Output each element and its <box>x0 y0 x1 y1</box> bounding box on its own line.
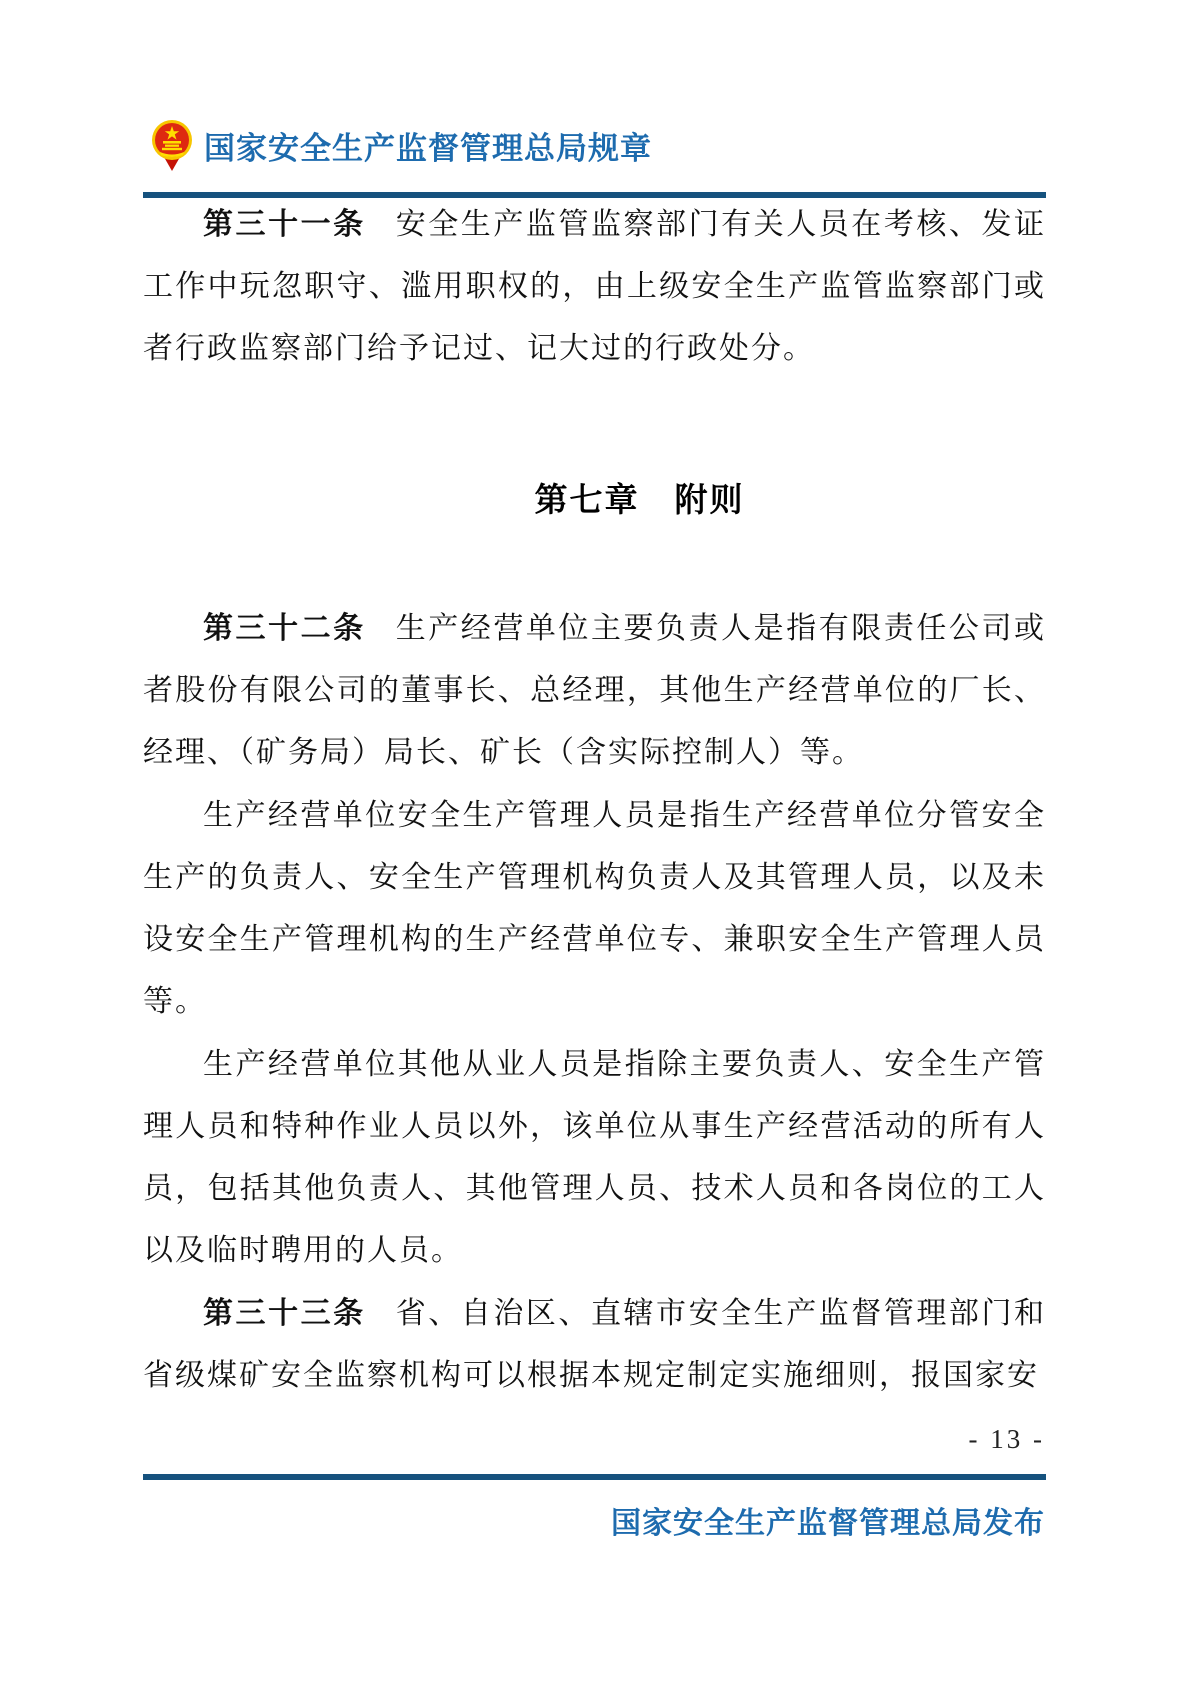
article-32-paragraph: 第三十二条生产经营单位主要负责人是指有限责任公司或者股份有限公司的董事长、总经理… <box>143 598 1046 784</box>
paragraph-other-staff: 生产经营单位其他从业人员是指除主要负责人、安全生产管理人员和特种作业人员以外，该… <box>143 1034 1046 1282</box>
page-number: - 13 - <box>969 1424 1045 1455</box>
article-31-number: 第三十一条 <box>203 208 366 241</box>
document-class-title: 国家安全生产监督管理总局规章 <box>204 123 652 168</box>
footer-rule <box>143 1474 1046 1480</box>
document-page: 国家安全生产监督管理总局规章 第三十一条安全生产监管监察部门有关人员在考核、发证… <box>0 0 1190 1683</box>
china-national-emblem-icon <box>150 119 194 171</box>
chapter-heading: 第七章 附则 <box>188 480 1091 520</box>
page-header: 国家安全生产监督管理总局规章 <box>150 116 652 174</box>
article-31-paragraph: 第三十一条安全生产监管监察部门有关人员在考核、发证工作中玩忽职守、滥用职权的，由… <box>143 194 1046 380</box>
article-33-paragraph: 第三十三条省、自治区、直辖市安全生产监督管理部门和省级煤矿安全监察机构可以根据本… <box>143 1283 1046 1407</box>
paragraph-safety-managers: 生产经营单位安全生产管理人员是指生产经营单位分管安全生产的负责人、安全生产管理机… <box>143 785 1046 1033</box>
article-33-number: 第三十三条 <box>203 1297 366 1330</box>
publisher-line: 国家安全生产监督管理总局发布 <box>611 1498 1045 1542</box>
article-32-number: 第三十二条 <box>203 612 366 645</box>
